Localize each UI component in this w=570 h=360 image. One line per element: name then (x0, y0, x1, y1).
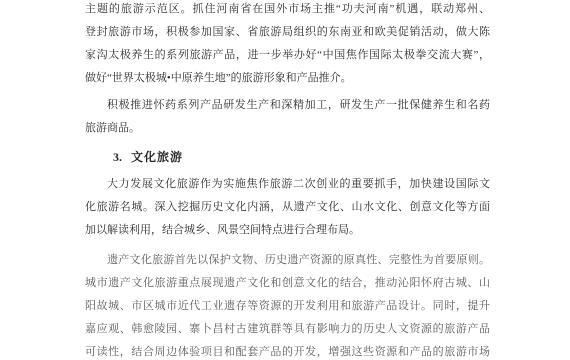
text-line: 大力发展文化旅游作为实施焦作旅游二次创业的重要抓手，加快建设国际文 (85, 173, 490, 196)
document-page: 主题的旅游示范区。抓住河南省在国外市场主推“功夫河南”机遇，联动郑州、登封旅游市… (0, 0, 570, 360)
text-line: 嘉应观、韩愈陵园、寨卜昌村古建筑群等具有影响力的历史人文资源的旅游产品 (85, 318, 490, 341)
section-heading-culture-tourism: 3.文化旅游 (85, 146, 490, 169)
paragraph-huaiyao-products: 积极推进怀药系列产品研发生产和深精加工，研发生产一批保健养生和名药旅游商品。 (85, 94, 490, 140)
text-line: 家沟太极养生的系列旅游产品，进一步举办好“中国焦作国际太极拳交流大赛”， (85, 44, 490, 67)
text-line: 化旅游名城。深入挖掘历史文化内涵，从遗产文化、山水文化、创意文化等方面 (85, 196, 490, 219)
text-line: 可读性，结合周边体验项目和配套产品的开发，增强这些资源和产品的旅游市场 (85, 341, 490, 360)
text-line: 城市遗产文化旅游重点展现遗产文化和创意文化的结合，推动沁阳怀府古城、山 (85, 272, 490, 295)
text-line: 阳故城、市区城市近代工业遗存等资源的开发利用和旅游产品设计。同时，提升 (85, 295, 490, 318)
text-line: 做好“世界太极城•中原养生地”的旅游形象和产品推介。 (85, 67, 490, 90)
text-column: 主题的旅游示范区。抓住河南省在国外市场主推“功夫河南”机遇，联动郑州、登封旅游市… (85, 0, 490, 360)
heading-number: 3. (113, 150, 122, 164)
paragraph-culture-tourism-overview: 大力发展文化旅游作为实施焦作旅游二次创业的重要抓手，加快建设国际文化旅游名城。深… (85, 173, 490, 242)
text-line: 旅游商品。 (85, 117, 490, 140)
paragraph-heritage-culture-tourism: 遗产文化旅游首先以保护文物、历史遗产资源的原真性、完整性为首要原则。城市遗产文化… (85, 249, 490, 360)
text-line: 登封旅游市场，积极参加国家、省旅游局组织的东南亚和欧美促销活动，做大陈 (85, 21, 490, 44)
paragraph-taiji-tourism-promotion: 主题的旅游示范区。抓住河南省在国外市场主推“功夫河南”机遇，联动郑州、登封旅游市… (85, 0, 490, 90)
heading-title: 文化旅游 (131, 150, 183, 164)
text-line: 加以解读利用，结合城乡、风景空间特点进行合理布局。 (85, 219, 490, 242)
text-line: 积极推进怀药系列产品研发生产和深精加工，研发生产一批保健养生和名药 (85, 94, 490, 117)
text-line: 遗产文化旅游首先以保护文物、历史遗产资源的原真性、完整性为首要原则。 (85, 249, 490, 272)
text-line: 主题的旅游示范区。抓住河南省在国外市场主推“功夫河南”机遇，联动郑州、 (85, 0, 490, 21)
